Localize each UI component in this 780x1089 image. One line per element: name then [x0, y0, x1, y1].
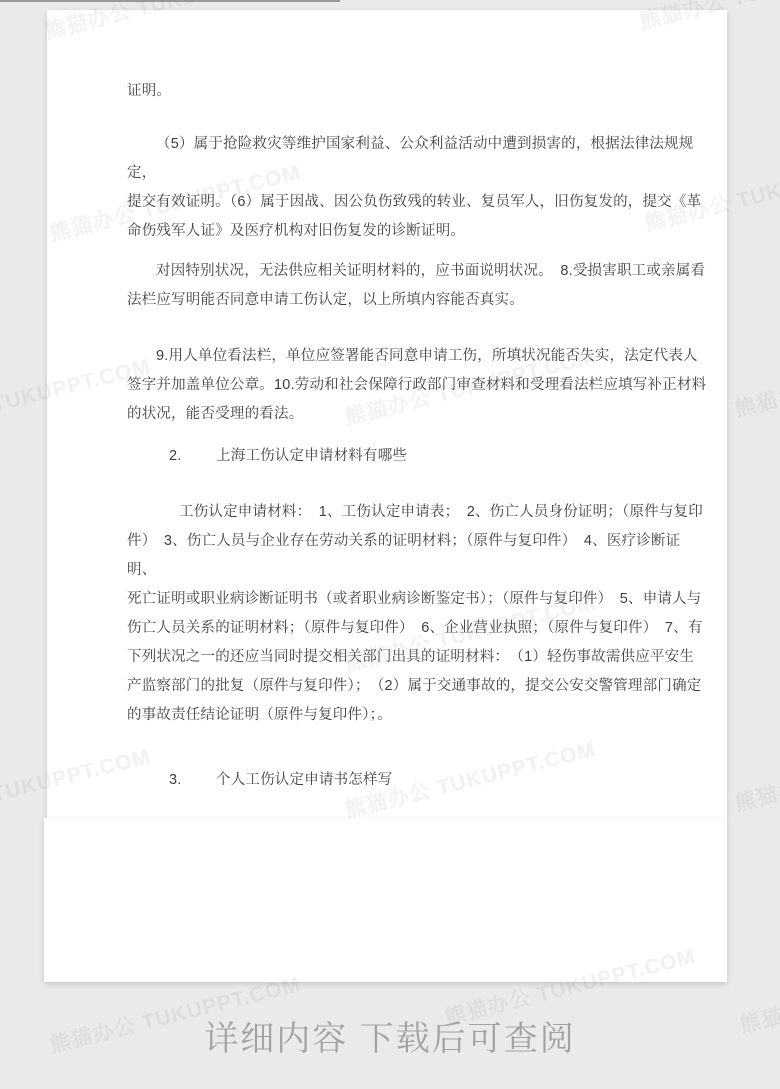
document-page-2: [44, 818, 727, 982]
top-edge-line: [0, 0, 340, 2]
item-number: 2.: [169, 442, 216, 471]
watermark-text: 熊猫办公 TUKUPPT.COM: [731, 726, 780, 817]
document-content: 证明。 （5）属于抢险救灾等维护国家利益、公众利益活动中遭到损害的，根据法律法规…: [127, 77, 707, 795]
list-item-2: 2.上海工伤认定申请材料有哪些: [127, 442, 707, 471]
paragraph-item-9-10: 9.用人单位看法栏，单位应签署能否同意申请工伤，所填状况能否失实，法定代表人 签…: [127, 342, 707, 429]
watermark-text: 熊猫办公 TUKUPPT.COM: [731, 332, 780, 423]
paragraph-materials-list: 工伤认定申请材料： 1、工伤认定申请表； 2、伤亡人员身份证明；（原件与复印 件…: [127, 498, 707, 730]
item-title: 个人工伤认定申请书怎样写: [216, 772, 392, 788]
item-title: 上海工伤认定申请材料有哪些: [216, 448, 407, 464]
paragraph-item-5-6: （5）属于抢险救灾等维护国家利益、公众利益活动中遭到损害的，根据法律法规规定， …: [127, 130, 707, 246]
item-number: 3.: [169, 766, 216, 795]
list-item-3: 3.个人工伤认定申请书怎样写: [127, 766, 707, 795]
paragraph-item-8: 对因特别状况，无法供应相关证明材料的，应书面说明状况。 8.受损害职工或亲属看 …: [127, 257, 707, 315]
paragraph-continuation: 证明。: [127, 77, 707, 106]
footer-caption: 详细内容 下载后可查阅: [0, 1019, 780, 1059]
